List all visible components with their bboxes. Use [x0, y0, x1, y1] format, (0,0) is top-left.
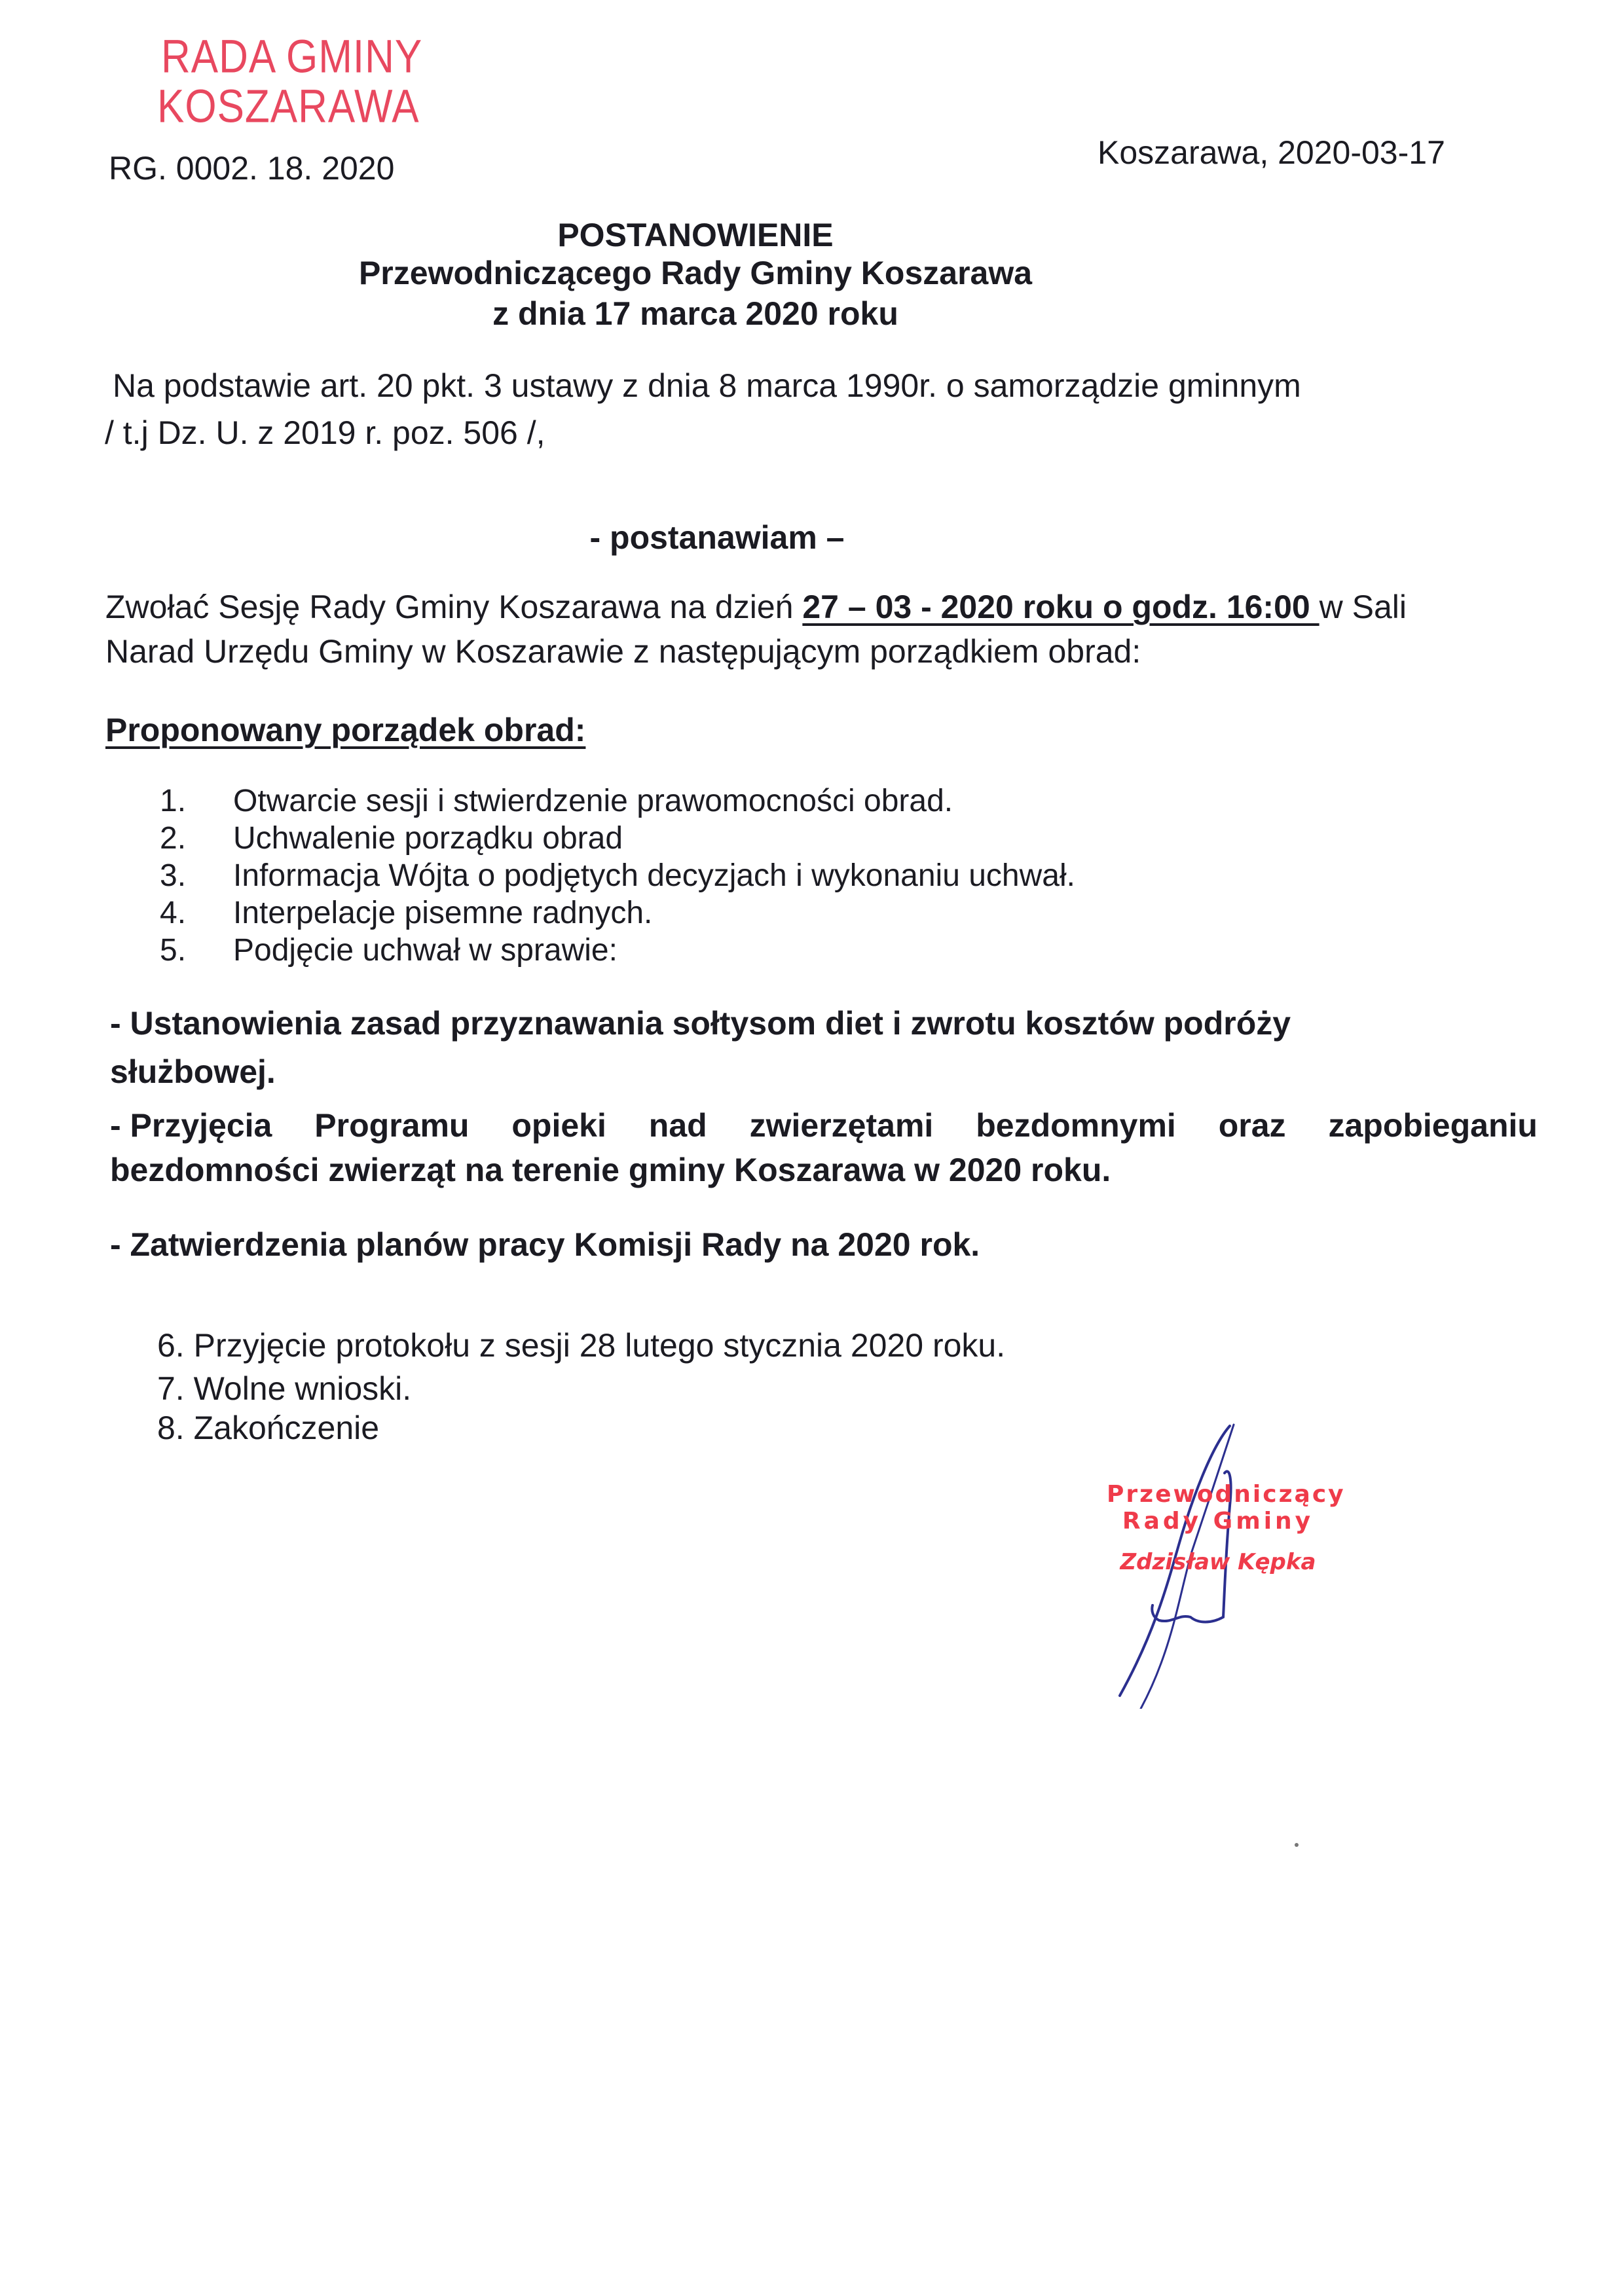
chairman-stamp-name: Zdzisław Kępka [1107, 1550, 1329, 1575]
resolution-1-line2: służbowej. [110, 1053, 276, 1091]
document-title: POSTANOWIENIE [0, 216, 1391, 254]
legal-basis-line1: Na podstawie art. 20 pkt. 3 ustawy z dni… [113, 367, 1301, 405]
chairman-stamp-council: Rady Gminy [1107, 1508, 1329, 1535]
agenda-item-text: Interpelacje pisemne radnych. [233, 895, 652, 931]
legal-basis-line2: / t.j Dz. U. z 2019 r. poz. 506 /, [105, 414, 545, 452]
agenda-item-number: 4. [160, 895, 186, 931]
council-stamp-line2: KOSZARAWA [157, 84, 420, 130]
resolution-word: oraz [1219, 1106, 1286, 1144]
document-subtitle: Przewodniczącego Rady Gminy Koszarawa [0, 254, 1391, 292]
convocation-line2: Narad Urzędu Gminy w Koszarawie z następ… [105, 632, 1141, 670]
council-stamp-line1: RADA GMINY [161, 34, 422, 81]
closing-agenda-item: 6. Przyjęcie protokołu z sesji 28 lutego… [157, 1326, 1005, 1364]
closing-agenda-item: 8. Zakończenie [157, 1409, 379, 1447]
resolution-1-line1: - Ustanowienia zasad przyznawania sołtys… [110, 1004, 1291, 1042]
agenda-item-number: 1. [160, 783, 186, 819]
agenda-item-text: Podjęcie uchwał w sprawie: [233, 932, 618, 968]
resolution-word: bezdomnymi [976, 1106, 1176, 1144]
place-date: Koszarawa, 2020-03-17 [1098, 134, 1445, 172]
resolution-word: - Przyjęcia [110, 1106, 272, 1144]
resolution-word: nad [649, 1106, 707, 1144]
resolution-word: Programu [314, 1106, 469, 1144]
agenda-item-number: 2. [160, 820, 186, 856]
resolution-word: opieki [511, 1106, 606, 1144]
document-date: z dnia 17 marca 2020 roku [0, 295, 1391, 333]
resolution-3: - Zatwierdzenia planów pracy Komisji Rad… [110, 1226, 980, 1264]
resolution-2-line1: - PrzyjęciaProgramuopiekinadzwierzętamib… [110, 1106, 1538, 1144]
agenda-heading: Proponowany porządek obrad: [105, 711, 585, 749]
chairman-stamp: Przewodniczący Rady Gminy Zdzisław Kępka [1107, 1481, 1329, 1575]
agenda-item-text: Uchwalenie porządku obrad [233, 820, 623, 856]
convocation-line1: Zwołać Sesję Rady Gminy Koszarawa na dzi… [105, 588, 1407, 626]
session-date-time: 27 – 03 - 2020 roku o godz. 16:00 [802, 589, 1319, 625]
chairman-stamp-title: Przewodniczący [1107, 1481, 1329, 1508]
decision-heading: - postanawiam – [0, 519, 1434, 556]
agenda-item-text: Informacja Wójta o podjętych decyzjach i… [233, 858, 1075, 894]
reference-number: RG. 0002. 18. 2020 [109, 149, 394, 187]
resolution-word: zwierzętami [750, 1106, 934, 1144]
closing-agenda-item: 7. Wolne wnioski. [157, 1370, 411, 1408]
agenda-item-number: 5. [160, 932, 186, 968]
scan-speck [1295, 1843, 1299, 1847]
resolution-word: zapobieganiu [1328, 1106, 1537, 1144]
convocation-prefix: Zwołać Sesję Rady Gminy Koszarawa na dzi… [105, 589, 802, 625]
agenda-item-text: Otwarcie sesji i stwierdzenie prawomocno… [233, 783, 953, 819]
agenda-item-number: 3. [160, 858, 186, 894]
resolution-2-line2: bezdomności zwierząt na terenie gminy Ko… [110, 1151, 1111, 1189]
convocation-suffix: w Sali [1319, 589, 1407, 625]
